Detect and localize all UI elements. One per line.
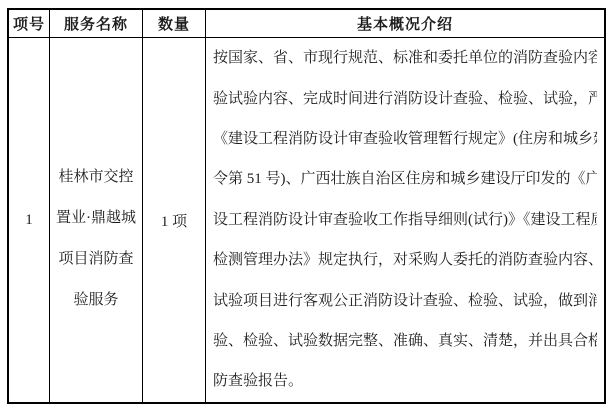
description-line: 令第 51 号)、广西壮族自治区住房和城乡建设厅印发的《广西建 [213,159,597,199]
header-item-no: 项号 [9,10,50,38]
description-line: 试验项目进行客观公正消防设计查验、检验、试验，做到消防查 [213,281,597,321]
cell-item-no: 1 [9,38,50,402]
service-name-line: 验服务 [73,280,118,321]
description-line: 防查验报告。 [213,361,597,401]
description-line: 验试验内容、完成时间进行消防设计查验、检验、试验，严格按 [213,79,597,119]
item-no-value: 1 [25,212,33,229]
service-name-line: 桂林市交控 [58,157,133,198]
description-line: 《建设工程消防设计审查验收管理暂行规定》(住房和城乡建设部 [213,119,597,159]
service-name-line: 置业·鼎越城 [56,198,136,239]
cell-quantity: 1 项 [143,38,206,402]
header-overview: 基本概况介绍 [206,10,604,38]
quantity-value: 1 项 [161,210,187,231]
service-overview-table: 项号 服务名称 数量 基本概况介绍 1 桂林市交控 置业·鼎越城 项目消防查 验… [7,8,606,404]
service-name-line: 项目消防查 [58,239,133,280]
description-line: 验、检验、试验数据完整、准确、真实、清楚，并出具合格的消 [213,321,597,361]
description-line: 设工程消防设计审查验收工作指导细则(试行)》《建设工程质量 [213,200,597,240]
cell-service-name: 桂林市交控 置业·鼎越城 项目消防查 验服务 [50,38,143,402]
cell-description: 按国家、省、市现行规范、标准和委托单位的消防查验内容、检 验试验内容、完成时间进… [206,38,604,402]
header-quantity: 数量 [143,10,206,38]
description-line: 检测管理办法》规定执行，对采购人委托的消防查验内容、检验、 [213,240,597,280]
header-service-name: 服务名称 [50,10,143,38]
description-line: 按国家、省、市现行规范、标准和委托单位的消防查验内容、检 [213,38,597,78]
